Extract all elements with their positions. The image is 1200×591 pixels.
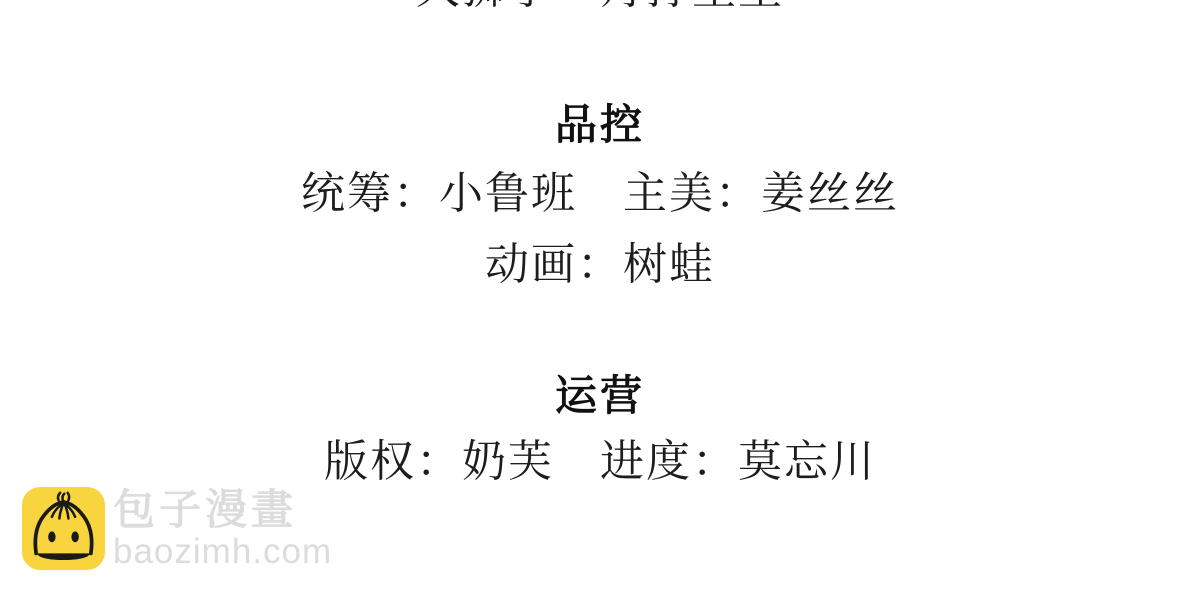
watermark-brand-name: 包子漫畫: [113, 487, 332, 533]
comic-credits-page: 大狮子 月拧星星 品控 统筹：小鲁班 主美：姜丝丝 动画：树蛙 运营 版权：奶芙…: [0, 0, 1200, 591]
watermark-text-block: 包子漫畫 baozimh.com: [113, 487, 332, 570]
section-heading-quality-control: 品控: [0, 104, 1200, 146]
credit-line-copyright-progress: 版权：奶芙 进度：莫忘川: [0, 440, 1200, 484]
credit-line-animation: 动画：树蛙: [0, 243, 1200, 287]
section-heading-operations: 运营: [0, 375, 1200, 417]
credit-line-clipped-top: 大狮子 月拧星星: [0, 0, 1200, 11]
credit-line-coordinator-mainart: 统筹：小鲁班 主美：姜丝丝: [0, 172, 1200, 216]
watermark-domain: baozimh.com: [113, 533, 332, 570]
baozi-bun-icon: [22, 487, 105, 570]
site-watermark: 包子漫畫 baozimh.com: [22, 487, 332, 570]
